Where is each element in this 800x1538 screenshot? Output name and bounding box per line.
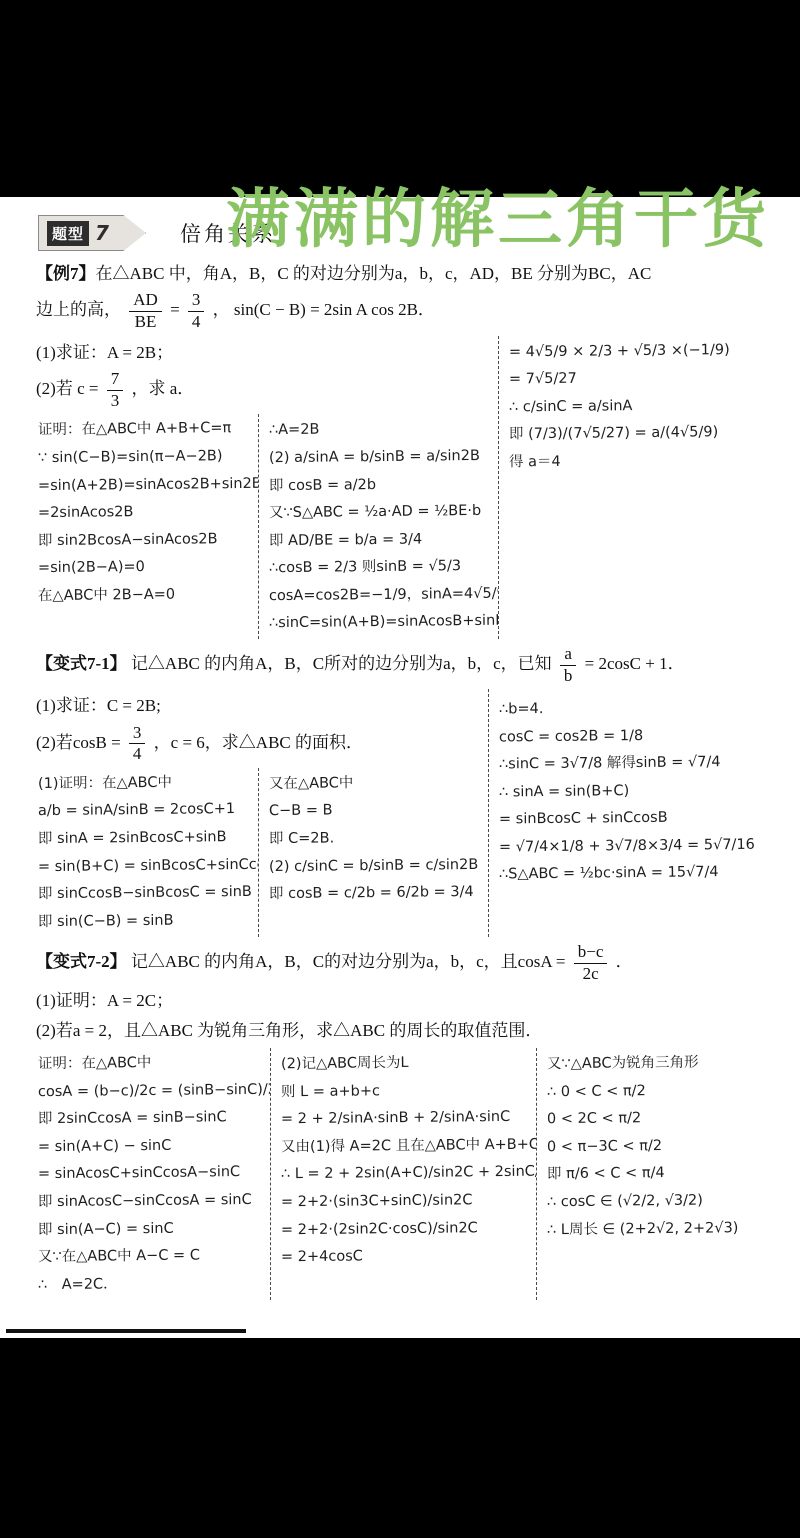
handwritten-line: 即 sin(C−B) = sinB (38, 907, 252, 937)
handwritten-line: 0 < 2C < π/2 (547, 1104, 782, 1134)
handwritten-line: = 2 + 2/sinA·sinB + 2/sinA·sinC (281, 1104, 530, 1134)
ex7-solution-column-middle: ∴A=2B(2) a/sinA = b/sinB = a/sin2B即 cosB… (258, 414, 498, 638)
fraction-bc-2c: b−c 2c (574, 943, 608, 983)
handwritten-line: = 7√5/27 (509, 364, 782, 394)
handwritten-line: 0 < π−3C < π/2 (547, 1132, 782, 1162)
ex7-statement-text: 边上的高， (36, 300, 121, 319)
handwritten-line: cosC = cos2B = 1/8 (499, 721, 782, 752)
topic-badge-label: 题型 (47, 221, 89, 246)
v72-solution-row: 证明：在△ABC中cosA = (b−c)/2c = (sinB−sinC)/2… (36, 1048, 788, 1300)
variant72-section: 【变式7-2】 记△ABC 的内角A，B，C的对边分别为a，b，c，且cosA … (36, 943, 788, 1300)
ex7-solution-row: 证明：在△ABC中 A+B+C=π∵ sin(C−B)=sin(π−A−2B)=… (36, 414, 498, 638)
handwritten-line: 即 sinA = 2sinBcosC+sinB (38, 824, 252, 854)
handwritten-line: a/b = sinA/sinB = 2cosC+1 (38, 796, 252, 826)
handwritten-line: 证明：在△ABC中 (38, 1049, 264, 1079)
v71-body: (1)求证：C = 2B; (2)若cosB = 3 4 ，c = 6，求△AB… (36, 689, 788, 937)
v72-solution-column-middle: (2)记△ABC周长为L则 L = a+b+c= 2 + 2/sinA·sinB… (270, 1048, 536, 1300)
ex7-solution-column-right: = 4√5/9 × 2/3 + √5/3 ×(−1/9)= 7√5/27∴ c/… (498, 336, 788, 639)
fraction-numerator: 3 (188, 291, 205, 312)
fraction-denominator: 2c (574, 964, 608, 984)
handwritten-line: 即 cosB = c/2b = 6/2b = 3/4 (269, 879, 482, 909)
handwritten-line: ∴S△ABC = ½bc·sinA = 15√7/4 (499, 859, 782, 890)
v71-solution-column-middle: 又在△ABC中C−B = B即 C=2B.(2) c/sinC = b/sinB… (258, 768, 488, 937)
handwritten-line: ∴ L = 2 + 2sin(A+C)/sin2C + 2sinC/sin2C (281, 1159, 530, 1189)
fraction-numerator: 7 (107, 370, 124, 391)
screenshot-root: 满满的解三角干货 题型 7 倍角关系 【例7】在△ABC 中，角A，B，C 的对… (0, 0, 800, 1538)
handwritten-line: (1)证明：在△ABC中 (38, 769, 252, 799)
ex7-solution-column-left: 证明：在△ABC中 A+B+C=π∵ sin(C−B)=sin(π−A−2B)=… (36, 414, 258, 638)
handwritten-line: 又∵△ABC为锐角三角形 (547, 1049, 782, 1079)
handwritten-line: 即 π/6 < C < π/4 (547, 1159, 782, 1189)
v71-statement-text: 记△ABC 的内角A，B，C所对的边分别为a，b，c，已知 (131, 654, 552, 673)
handwritten-line: ∴ A=2C． (38, 1269, 264, 1299)
handwritten-line: = sinAcosC+sinCcosA−sinC (38, 1159, 264, 1189)
handwritten-line: =2sinAcos2B (38, 498, 252, 528)
ex7-left-block: (1)求证：A = 2B； (2)若 c = 7 3 ，求 a． 证明：在△AB… (36, 336, 498, 639)
v72-statement-text: 记△ABC 的内角A，B，C的对边分别为a，b，c，且cosA = (131, 952, 566, 971)
handwritten-line: 即 2sinCcosA = sinB−sinC (38, 1104, 264, 1134)
handwritten-line: 在△ABC中 2B−A=0 (38, 581, 252, 611)
handwritten-line: (2)记△ABC周长为L (281, 1049, 530, 1079)
handwritten-line: ∴sinC=sin(A+B)=sinAcosB+sinBcosA (269, 608, 492, 638)
handwritten-line: ∴ c/sinC = a/sinA (509, 391, 782, 421)
fraction-3-4: 3 4 (188, 291, 205, 331)
handwritten-line: ∴cosB = 2/3 则sinB = √5/3 (269, 553, 492, 583)
v72-solution-column-right: 又∵△ABC为锐角三角形∴ 0 < C < π/20 < 2C < π/20 <… (536, 1048, 788, 1300)
handwritten-line: ∵ sin(C−B)=sin(π−A−2B) (38, 443, 252, 473)
ex7-statement-text: ， sin(C − B) = 2sin A cos 2B． (213, 300, 435, 319)
overlay-title: 满满的解三角干货 (226, 188, 770, 252)
handwritten-line: = 2+4cosC (281, 1242, 530, 1272)
v71-solution-column-right: ∴b=4.cosC = cos2B = 1/8∴sinC = 3√7/8 解得s… (488, 689, 788, 937)
handwritten-line: =sin(A+2B)=sinAcos2B+sin2BcosA (38, 470, 252, 500)
handwritten-line: 又由(1)得 A=2C 且在△ABC中 A+B+C=π (281, 1132, 530, 1162)
handwritten-line: 即 sinCcosB−sinBcosC = sinB (38, 879, 252, 909)
handwritten-line: 即 sin2BcosA−sinAcos2B (38, 526, 252, 556)
topic-badge: 题型 7 (38, 215, 146, 251)
top-letterbox-bar (0, 0, 800, 197)
v71-question2: (2)若cosB = 3 4 ，c = 6，求△ABC 的面积． (36, 724, 488, 764)
handwritten-line: 则 L = a+b+c (281, 1076, 530, 1106)
v71-question2-text: ，c = 6，求△ABC 的面积． (154, 733, 363, 752)
handwritten-line: = sin(A+C) − sinC (38, 1132, 264, 1162)
handwritten-line: ∴ L周长 ∈ (2+2√2, 2+2√3) (547, 1214, 782, 1244)
ex7-question2-text: (2)若 c = (36, 379, 98, 398)
ex7-tag: 【例7】 (36, 264, 96, 283)
handwritten-line: (2) a/sinA = b/sinB = a/sin2B (269, 443, 492, 473)
fraction-3-4: 3 4 (129, 724, 146, 764)
handwritten-line: 即 cosB = a/2b (269, 470, 492, 500)
variant71-section: 【变式7-1】 记△ABC 的内角A，B，C所对的边分别为a，b，c，已知 a … (36, 645, 788, 937)
fraction-denominator: BE (129, 312, 162, 332)
handwritten-line: 得 a＝4 (509, 446, 782, 476)
handwritten-line: = 2+2·(sin3C+sinC)/sin2C (281, 1187, 530, 1217)
v71-question1: (1)求证：C = 2B; (36, 693, 488, 719)
v71-solution-row: (1)证明：在△ABC中a/b = sinA/sinB = 2cosC+1即 s… (36, 768, 488, 937)
fraction-AD-BE: AD BE (129, 291, 162, 331)
handwritten-line: C−B = B (269, 796, 482, 826)
handwritten-line: ∴sinC = 3√7/8 解得sinB = √7/4 (499, 749, 782, 780)
handwritten-line: 又∵在△ABC中 A−C = C (38, 1242, 264, 1272)
handwritten-line: cosA = (b−c)/2c = (sinB−sinC)/2sinC (38, 1077, 264, 1107)
equals-sign: = (170, 300, 180, 319)
handwritten-line: = √7/4×1/8 + 3√7/8×3/4 = 5√7/16 (499, 831, 782, 862)
fraction-denominator: 4 (188, 312, 205, 332)
ex7-question2: (2)若 c = 7 3 ，求 a． (36, 370, 498, 410)
example7-section: 【例7】在△ABC 中，角A，B，C 的对边分别为a，b，c，AD，BE 分别为… (36, 261, 788, 639)
v71-solution-column-left: (1)证明：在△ABC中a/b = sinA/sinB = 2cosC+1即 s… (36, 768, 258, 937)
ex7-question2-text: ，求 a． (131, 379, 194, 398)
v72-question1: (1)证明：A = 2C； (36, 988, 788, 1014)
document-page: 题型 7 倍角关系 【例7】在△ABC 中，角A，B，C 的对边分别为a，b，c… (0, 197, 800, 1338)
handwritten-line: 又在△ABC中 (269, 769, 482, 799)
fraction-numerator: a (560, 645, 577, 666)
v72-tag: 【变式7-2】 (36, 952, 127, 971)
handwritten-line: (2) c/sinC = b/sinB = c/sin2B (269, 851, 482, 881)
v71-left-block: (1)求证：C = 2B; (2)若cosB = 3 4 ，c = 6，求△AB… (36, 689, 488, 937)
fraction-denominator: b (560, 666, 577, 686)
fraction-denominator: 4 (129, 744, 146, 764)
v71-statement: 【变式7-1】 记△ABC 的内角A，B，C所对的边分别为a，b，c，已知 a … (36, 645, 788, 685)
fraction-numerator: AD (129, 291, 162, 312)
handwritten-line: ∴b=4. (499, 694, 782, 725)
ex7-question1: (1)求证：A = 2B； (36, 340, 498, 366)
handwritten-line: ∴ cosC ∈ (√2/2, √3/2) (547, 1187, 782, 1217)
handwritten-line: ∴A=2B (269, 415, 492, 445)
fraction-a-b: a b (560, 645, 577, 685)
scan-edge-line (6, 1329, 246, 1333)
v72-question2: (2)若a = 2，且△ABC 为锐角三角形，求△ABC 的周长的取值范围． (36, 1018, 788, 1044)
handwritten-line: = sin(B+C) = sinBcosC+sinCcosB (38, 851, 252, 881)
ex7-statement-text: 在△ABC 中，角A，B，C 的对边分别为a，b，c，AD，BE 分别为BC，A… (96, 264, 652, 283)
handwritten-line: = 4√5/9 × 2/3 + √5/3 ×(−1/9) (509, 336, 782, 366)
handwritten-line: = sinBcosC + sinCcosB (499, 804, 782, 835)
handwritten-line: 即 C=2B. (269, 824, 482, 854)
v71-question2-text: (2)若cosB = (36, 733, 121, 752)
v71-tag: 【变式7-1】 (36, 654, 127, 673)
fraction-numerator: 3 (129, 724, 146, 745)
handwritten-line: 即 sin(A−C) = sinC (38, 1214, 264, 1244)
handwritten-line: =sin(2B−A)=0 (38, 553, 252, 583)
ex7-statement-line1: 【例7】在△ABC 中，角A，B，C 的对边分别为a，b，c，AD，BE 分别为… (36, 261, 788, 287)
fraction-denominator: 3 (107, 391, 124, 411)
handwritten-line: 即 (7/3)/(7√5/27) = a/(4√5/9) (509, 419, 782, 449)
handwritten-line: 即 AD/BE = b/a = 3/4 (269, 525, 492, 555)
fraction-7-3: 7 3 (107, 370, 124, 410)
handwritten-line: = 2+2·(2sin2C·cosC)/sin2C (281, 1214, 530, 1244)
handwritten-line: 证明：在△ABC中 A+B+C=π (38, 415, 252, 445)
handwritten-line: ∴ 0 < C < π/2 (547, 1077, 782, 1107)
handwritten-line: cosA=cos2B=−1/9，sinA=4√5/9 (269, 581, 492, 611)
bottom-letterbox-bar (0, 1338, 800, 1538)
topic-badge-number: 7 (95, 221, 109, 245)
handwritten-line: 即 sinAcosC−sinCcosA = sinC (38, 1187, 264, 1217)
handwritten-line: ∴ sinA = sin(B+C) (499, 776, 782, 807)
v72-solution-column-left: 证明：在△ABC中cosA = (b−c)/2c = (sinB−sinC)/2… (36, 1048, 270, 1300)
v72-statement-text: ． (616, 952, 633, 971)
ex7-statement-line2: 边上的高， AD BE = 3 4 ， sin(C − B) = 2sin A … (36, 291, 788, 331)
fraction-numerator: b−c (574, 943, 608, 964)
ex7-body: (1)求证：A = 2B； (2)若 c = 7 3 ，求 a． 证明：在△AB… (36, 336, 788, 639)
handwritten-line: 又∵S△ABC = ½a·AD = ½BE·b (269, 498, 492, 528)
v72-statement: 【变式7-2】 记△ABC 的内角A，B，C的对边分别为a，b，c，且cosA … (36, 943, 788, 983)
v71-statement-text: = 2cosC + 1． (585, 654, 685, 673)
